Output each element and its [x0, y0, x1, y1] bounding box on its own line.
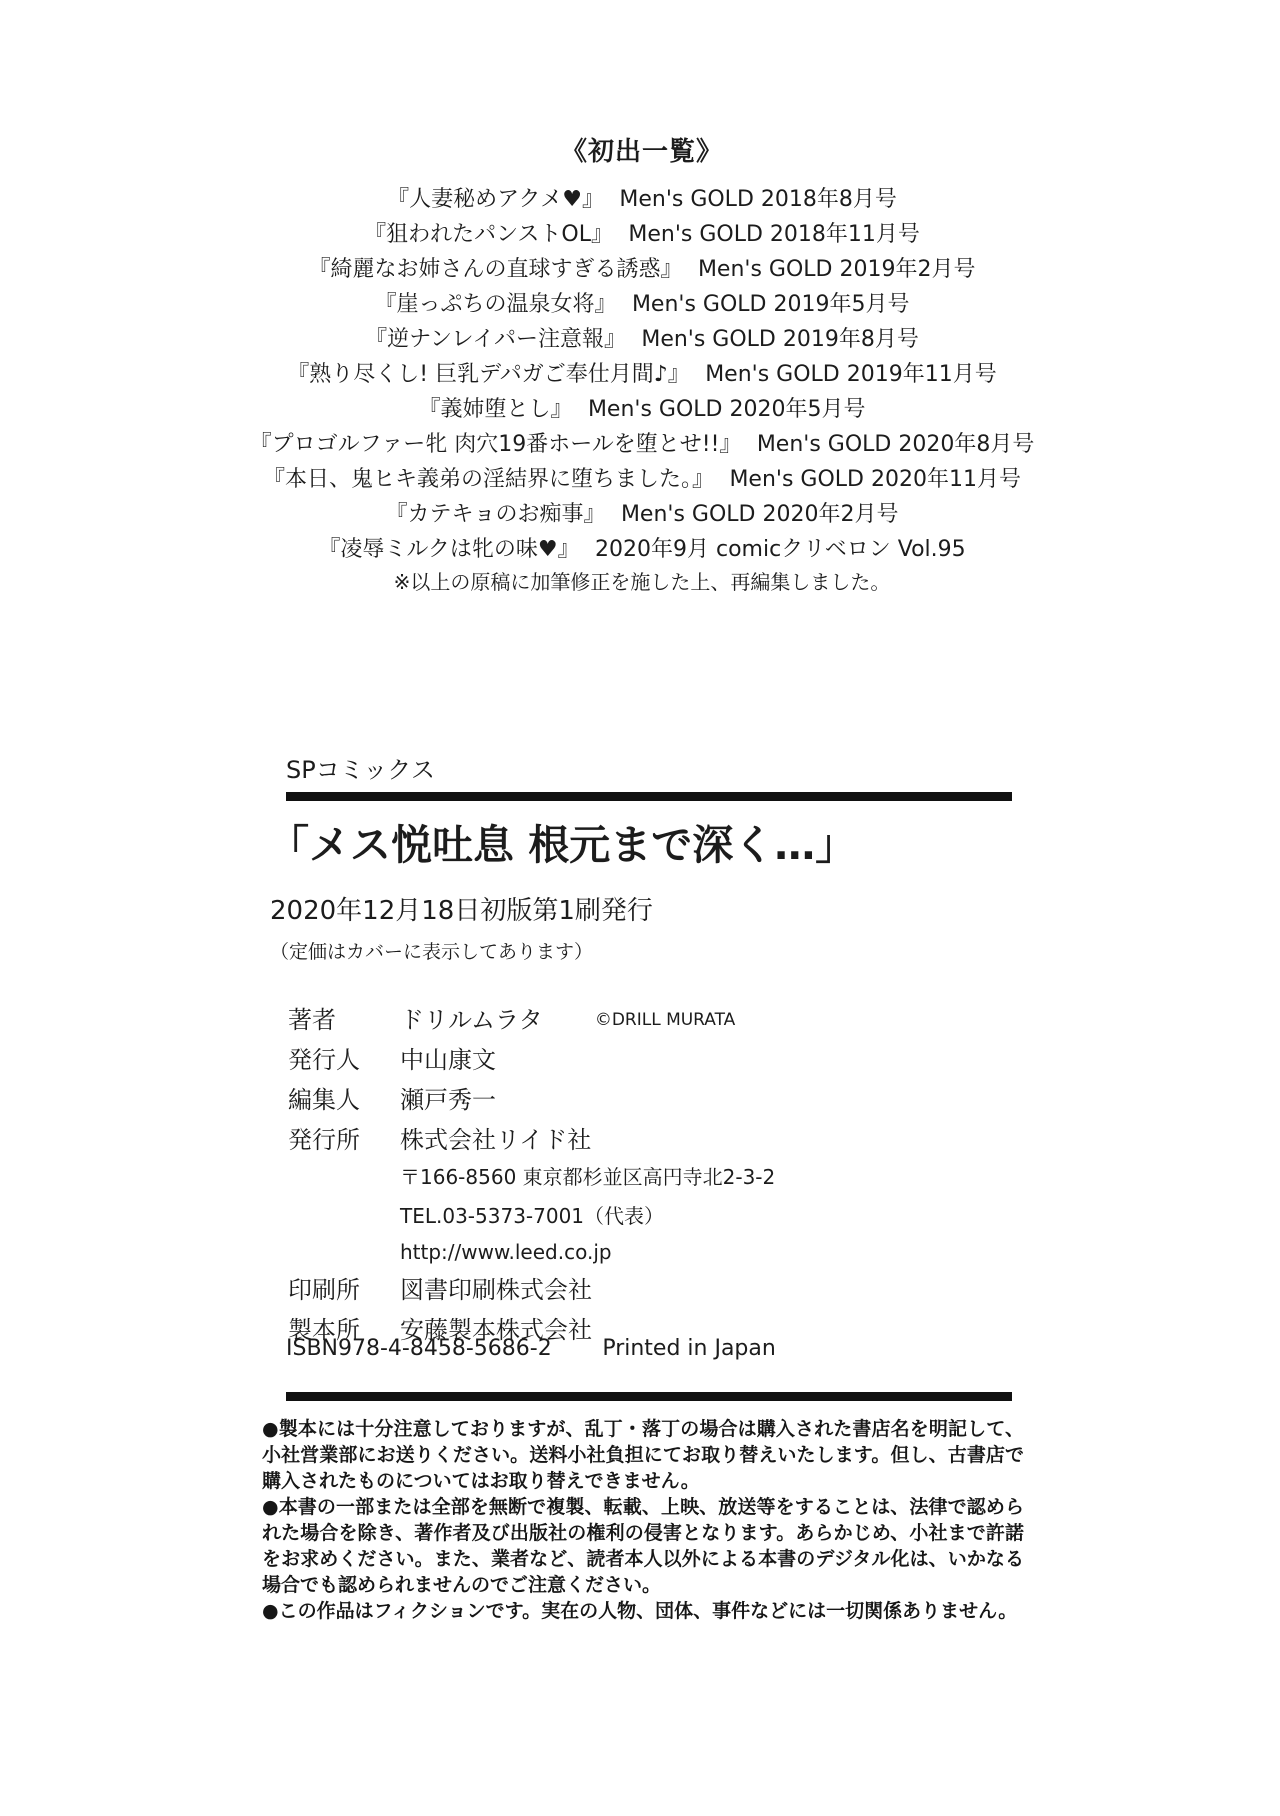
credit-value: 瀬戸秀一 [400, 1080, 496, 1120]
printed-in-japan: Printed in Japan [602, 1336, 776, 1361]
publication-issue: Men's GOLD 2020年5月号 [588, 397, 866, 422]
credit-label: 発行所 [288, 1120, 400, 1160]
first-publication-heading: 《初出一覧》 [268, 131, 1016, 168]
credit-row-editor: 編集人 瀬戸秀一 [288, 1080, 1008, 1120]
publication-title: 『凌辱ミルクは牝の味♥』 [318, 537, 579, 562]
series-label: SPコミックス [286, 750, 435, 785]
publication-item: 『逆ナンレイパー注意報』Men's GOLD 2019年8月号 [228, 322, 1056, 357]
credit-value: 図書印刷株式会社 [400, 1270, 592, 1310]
publication-issue: Men's GOLD 2020年2月号 [621, 502, 899, 527]
publication-title: 『カテキョのお痴事』 [386, 502, 606, 527]
divider-bar-top [286, 792, 1012, 801]
publication-title: 『本日、鬼ヒキ義弟の淫結界に堕ちました。』 [263, 467, 714, 492]
publication-title: 『義姉堕とし』 [419, 397, 573, 422]
publication-item: 『崖っぷちの温泉女将』Men's GOLD 2019年5月号 [228, 287, 1056, 322]
publication-issue: Men's GOLD 2019年11月号 [705, 362, 997, 387]
publication-issue: Men's GOLD 2019年8月号 [641, 327, 919, 352]
credit-value: ドリルムラタ [400, 1000, 543, 1040]
price-note: （定価はカバーに表示してあります） [270, 937, 593, 964]
publication-item: 『人妻秘めアクメ♥』Men's GOLD 2018年8月号 [228, 182, 1056, 217]
publication-issue: 2020年9月 comicクリベロン Vol.95 [595, 537, 966, 562]
publication-title: 『狙われたパンストOL』 [364, 222, 613, 247]
publisher-url: http://www.leed.co.jp [288, 1234, 1008, 1270]
publication-item: 『プロゴルファー牝 肉穴19番ホールを堕とせ!!』Men's GOLD 2020… [228, 427, 1056, 462]
credit-value: 株式会社リイド社 [400, 1120, 591, 1160]
publication-issue: Men's GOLD 2018年8月号 [619, 187, 897, 212]
book-title: 「メス悦吐息 根元まで深く…」 [268, 812, 856, 871]
credit-row-publisher: 発行所 株式会社リイド社 [288, 1120, 1008, 1160]
publication-item: 『狙われたパンストOL』Men's GOLD 2018年11月号 [228, 217, 1056, 252]
publication-title: 『プロゴルファー牝 肉穴19番ホールを堕とせ!!』 [250, 432, 742, 457]
divider-bar-bottom [286, 1392, 1012, 1401]
publication-issue: Men's GOLD 2018年11月号 [628, 222, 920, 247]
publication-title: 『逆ナンレイパー注意報』 [365, 327, 626, 352]
publication-list: 『人妻秘めアクメ♥』Men's GOLD 2018年8月号 『狙われたパンストO… [228, 182, 1056, 567]
credit-label: 発行人 [288, 1040, 400, 1080]
publication-title: 『綺麗なお姉さんの直球すぎる誘惑』 [309, 257, 683, 282]
publisher-address: 〒166-8560 東京都杉並区高円寺北2-3-2 [288, 1160, 1008, 1198]
reprint-note: ※以上の原稿に加筆修正を施した上、再編集しました。 [268, 566, 1016, 595]
legal-paragraph-binding: ●製本には十分注意しておりますが、乱丁・落丁の場合は購入された書店名を明記して、… [262, 1416, 1024, 1494]
colophon-page: 《初出一覧》 『人妻秘めアクメ♥』Men's GOLD 2018年8月号 『狙わ… [0, 0, 1280, 1816]
publication-title: 『人妻秘めアクメ♥』 [387, 187, 604, 212]
credit-value: 中山康文 [400, 1040, 496, 1080]
credits-table: 著者 ドリルムラタ ©DRILL MURATA 発行人 中山康文 編集人 瀬戸秀… [288, 1000, 1008, 1350]
publication-title: 『崖っぷちの温泉女将』 [375, 292, 617, 317]
publication-item: 『凌辱ミルクは牝の味♥』2020年9月 comicクリベロン Vol.95 [228, 532, 1056, 567]
credit-label: 編集人 [288, 1080, 400, 1120]
edition-date: 2020年12月18日初版第1刷発行 [270, 890, 653, 927]
publication-issue: Men's GOLD 2020年11月号 [729, 467, 1021, 492]
publication-issue: Men's GOLD 2020年8月号 [757, 432, 1035, 457]
publication-item: 『熟り尽くし! 巨乳デパガご奉仕月間♪』Men's GOLD 2019年11月号 [228, 357, 1056, 392]
publication-item: 『義姉堕とし』Men's GOLD 2020年5月号 [228, 392, 1056, 427]
legal-paragraph-copyright: ●本書の一部または全部を無断で複製、転載、上映、放送等をすることは、法律で認めら… [262, 1494, 1024, 1598]
publication-issue: Men's GOLD 2019年5月号 [632, 292, 910, 317]
isbn: ISBN978-4-8458-5686-2 [286, 1336, 552, 1361]
copyright-credit: ©DRILL MURATA [595, 1010, 736, 1030]
legal-notices: ●製本には十分注意しておりますが、乱丁・落丁の場合は購入された書店名を明記して、… [262, 1416, 1024, 1624]
credit-row-printer: 印刷所 図書印刷株式会社 [288, 1270, 1008, 1310]
credit-label: 印刷所 [288, 1270, 400, 1310]
legal-paragraph-fiction: ●この作品はフィクションです。実在の人物、団体、事件などには一切関係ありません。 [262, 1598, 1024, 1624]
publication-issue: Men's GOLD 2019年2月号 [698, 257, 976, 282]
credit-row-publisher-person: 発行人 中山康文 [288, 1040, 1008, 1080]
publisher-tel: TEL.03-5373-7001（代表） [288, 1198, 1008, 1234]
credit-label: 著者 [288, 1000, 400, 1040]
isbn-line: ISBN978-4-8458-5686-2Printed in Japan [286, 1336, 776, 1361]
publication-item: 『綺麗なお姉さんの直球すぎる誘惑』Men's GOLD 2019年2月号 [228, 252, 1056, 287]
publication-title: 『熟り尽くし! 巨乳デパガご奉仕月間♪』 [287, 362, 690, 387]
publication-item: 『本日、鬼ヒキ義弟の淫結界に堕ちました。』Men's GOLD 2020年11月… [228, 462, 1056, 497]
publication-item: 『カテキョのお痴事』Men's GOLD 2020年2月号 [228, 497, 1056, 532]
credit-row-author: 著者 ドリルムラタ ©DRILL MURATA [288, 1000, 1008, 1040]
